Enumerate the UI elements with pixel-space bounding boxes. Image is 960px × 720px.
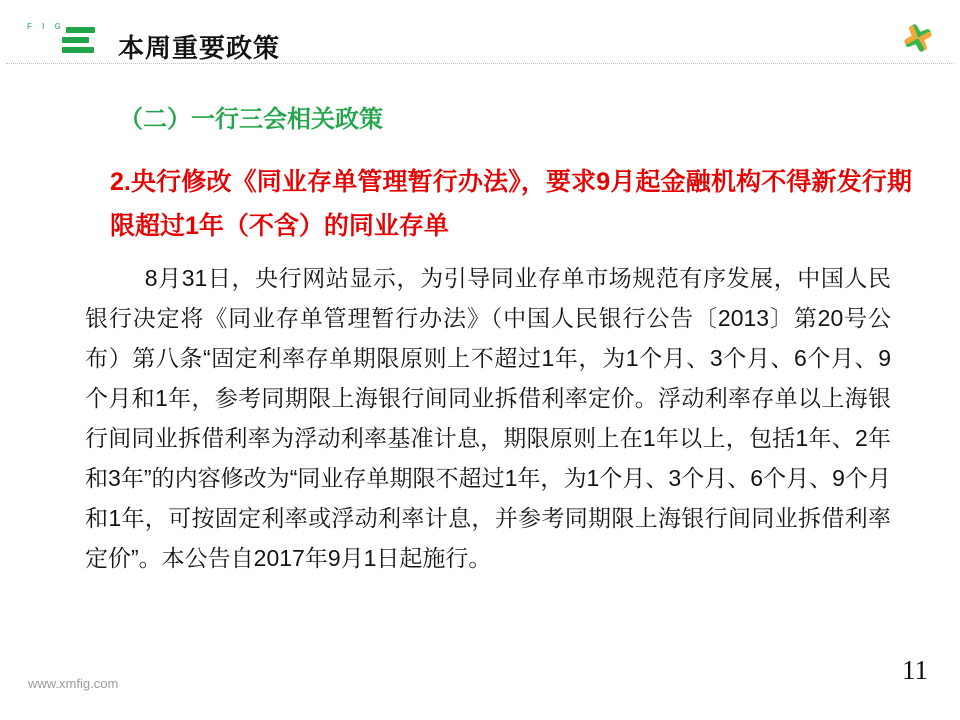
three-bars-icon xyxy=(62,27,96,54)
three-bars-icon-bar xyxy=(62,37,89,43)
item-heading: 2.央行修改《同业存单管理暂行办法》，要求9月起金融机构不得新发行期限超过1年（… xyxy=(110,160,912,248)
brand-text: F I G xyxy=(27,22,65,31)
slide: F I G 本周重要政策 （二）一行三会相关政策 2.央行修改《同业存单管理暂行… xyxy=(0,0,960,720)
page-title: 本周重要政策 xyxy=(118,28,280,65)
pinwheel-logo-icon xyxy=(904,24,932,52)
website-url: www.xmfig.com xyxy=(28,676,118,691)
page-number: 11 xyxy=(902,655,928,686)
header-divider xyxy=(6,63,954,64)
body-paragraph: 8月31日，央行网站显示，为引导同业存单市场规范有序发展，中国人民银行决定将《同… xyxy=(85,258,891,578)
three-bars-icon-bar xyxy=(66,27,95,33)
three-bars-icon-bar xyxy=(62,47,94,53)
section-heading: （二）一行三会相关政策 xyxy=(119,99,383,134)
